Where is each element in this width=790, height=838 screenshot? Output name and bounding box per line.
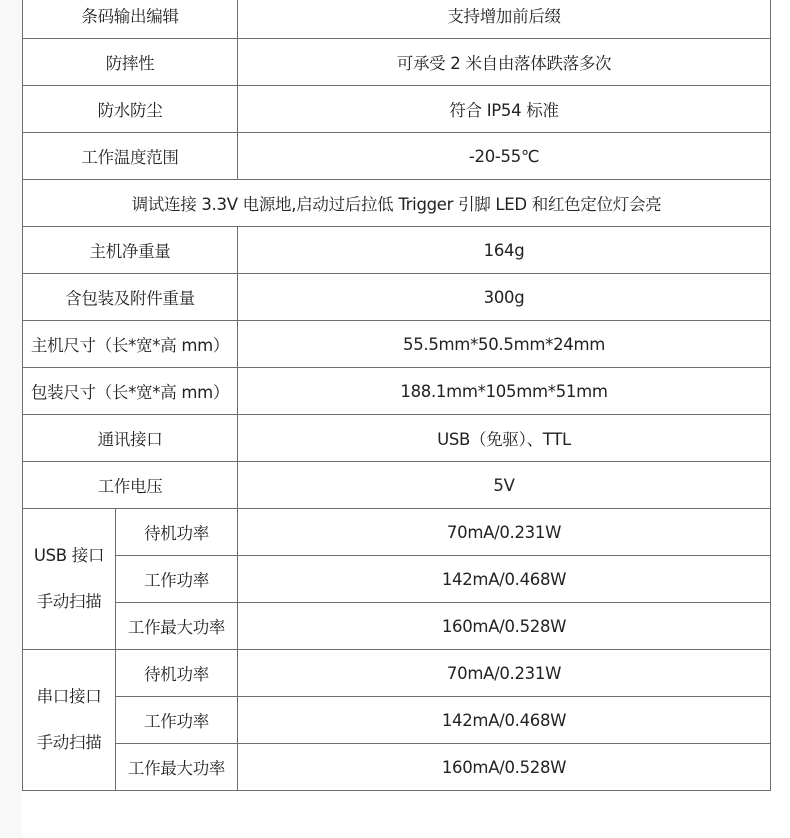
power-label: 工作最大功率 bbox=[116, 603, 238, 650]
spec-value: 300g bbox=[238, 274, 771, 321]
power-value: 70mA/0.231W bbox=[238, 650, 771, 697]
table-row: 防水防尘 符合 IP54 标准 bbox=[23, 86, 771, 133]
spec-label: 含包装及附件重量 bbox=[23, 274, 238, 321]
power-label: 工作功率 bbox=[116, 697, 238, 744]
power-label: 待机功率 bbox=[116, 650, 238, 697]
spec-label: 工作电压 bbox=[23, 462, 238, 509]
power-label: 待机功率 bbox=[116, 509, 238, 556]
spec-value: 可承受 2 米自由落体跌落多次 bbox=[238, 39, 771, 86]
table-row: 工作功率 142mA/0.468W bbox=[23, 556, 771, 603]
spec-value: 5V bbox=[238, 462, 771, 509]
spec-value: USB（免驱）、TTL bbox=[238, 415, 771, 462]
spec-table: 条码输出编辑 支持增加前后缀 防摔性 可承受 2 米自由落体跌落多次 防水防尘 … bbox=[22, 0, 771, 791]
power-value: 160mA/0.528W bbox=[238, 744, 771, 791]
group-label-serial: 串口接口 手动扫描 bbox=[23, 650, 116, 791]
spec-value: 164g bbox=[238, 227, 771, 274]
group-label-usb: USB 接口 手动扫描 bbox=[23, 509, 116, 650]
table-row: 串口接口 手动扫描 待机功率 70mA/0.231W bbox=[23, 650, 771, 697]
table-row: 防摔性 可承受 2 米自由落体跌落多次 bbox=[23, 39, 771, 86]
table-row: 工作最大功率 160mA/0.528W bbox=[23, 603, 771, 650]
group-label-line1: 串口接口 bbox=[27, 674, 111, 720]
power-label: 工作最大功率 bbox=[116, 744, 238, 791]
spec-label: 防水防尘 bbox=[23, 86, 238, 133]
spec-value: 188.1mm*105mm*51mm bbox=[238, 368, 771, 415]
power-value: 142mA/0.468W bbox=[238, 556, 771, 603]
page-margin bbox=[0, 0, 22, 838]
table-row: 工作功率 142mA/0.468W bbox=[23, 697, 771, 744]
group-label-line1: USB 接口 bbox=[27, 533, 111, 579]
table-row: USB 接口 手动扫描 待机功率 70mA/0.231W bbox=[23, 509, 771, 556]
table-row: 工作电压 5V bbox=[23, 462, 771, 509]
spec-value: 支持增加前后缀 bbox=[238, 0, 771, 39]
spec-label: 防摔性 bbox=[23, 39, 238, 86]
table-row: 通讯接口 USB（免驱）、TTL bbox=[23, 415, 771, 462]
table-row-note: 调试连接 3.3V 电源地,启动过后拉低 Trigger 引脚 LED 和红色定… bbox=[23, 180, 771, 227]
spec-value: 符合 IP54 标准 bbox=[238, 86, 771, 133]
table-row: 条码输出编辑 支持增加前后缀 bbox=[23, 0, 771, 39]
power-value: 142mA/0.468W bbox=[238, 697, 771, 744]
table-row: 主机净重量 164g bbox=[23, 227, 771, 274]
table-row: 含包装及附件重量 300g bbox=[23, 274, 771, 321]
spec-label: 主机尺寸（长*宽*高 mm） bbox=[23, 321, 238, 368]
table-row: 工作最大功率 160mA/0.528W bbox=[23, 744, 771, 791]
group-label-line2: 手动扫描 bbox=[27, 579, 111, 625]
power-label: 工作功率 bbox=[116, 556, 238, 603]
power-value: 70mA/0.231W bbox=[238, 509, 771, 556]
spec-label: 包装尺寸（长*宽*高 mm） bbox=[23, 368, 238, 415]
group-label-line2: 手动扫描 bbox=[27, 720, 111, 766]
spec-label: 条码输出编辑 bbox=[23, 0, 238, 39]
spec-label: 主机净重量 bbox=[23, 227, 238, 274]
spec-value: -20-55℃ bbox=[238, 133, 771, 180]
table-row: 包装尺寸（长*宽*高 mm） 188.1mm*105mm*51mm bbox=[23, 368, 771, 415]
debug-note: 调试连接 3.3V 电源地,启动过后拉低 Trigger 引脚 LED 和红色定… bbox=[23, 180, 771, 227]
table-row: 主机尺寸（长*宽*高 mm） 55.5mm*50.5mm*24mm bbox=[23, 321, 771, 368]
spec-label: 工作温度范围 bbox=[23, 133, 238, 180]
spec-label: 通讯接口 bbox=[23, 415, 238, 462]
power-value: 160mA/0.528W bbox=[238, 603, 771, 650]
table-row: 工作温度范围 -20-55℃ bbox=[23, 133, 771, 180]
spec-value: 55.5mm*50.5mm*24mm bbox=[238, 321, 771, 368]
